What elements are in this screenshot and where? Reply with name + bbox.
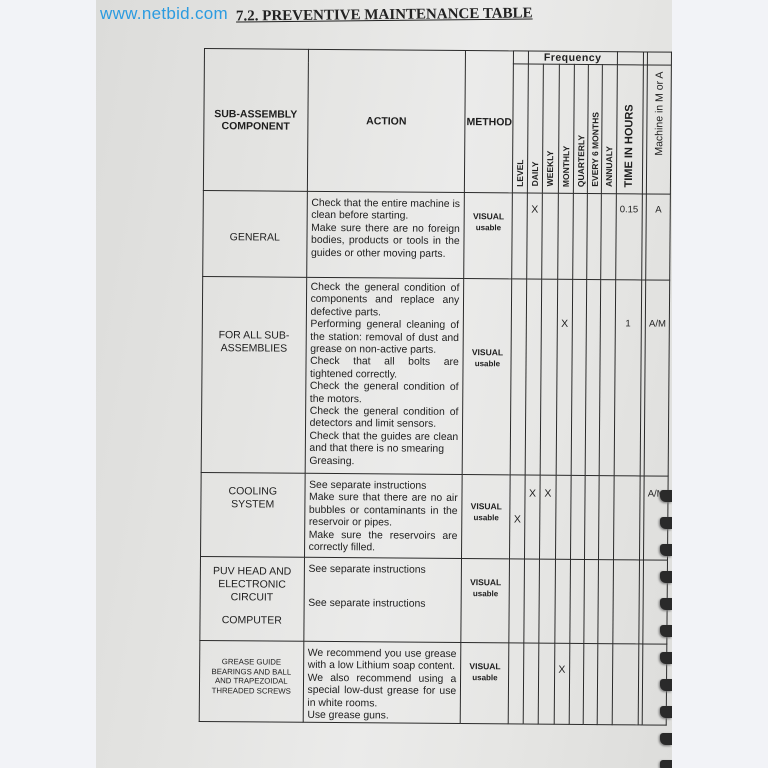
cell-freq-quarterly	[571, 279, 587, 475]
cell-machine: A	[646, 194, 670, 280]
frequency-mark	[586, 476, 599, 488]
frequency-mark: X	[541, 476, 556, 500]
cell-time	[612, 644, 639, 726]
frequency-mark	[513, 193, 526, 203]
document-photo: 7.2. PREVENTIVE MAINTENANCE TABLE SUB-AS…	[96, 0, 672, 768]
time-in-hours-value	[614, 476, 639, 488]
cell-freq-every6	[584, 560, 599, 644]
frequency-mark	[556, 476, 571, 488]
table-row: COOLING SYSTEMSee separate instructionsM…	[201, 472, 669, 560]
action-line: See separate instructions	[308, 564, 457, 578]
cell-freq-every6	[585, 280, 601, 476]
spiral-ring-icon	[660, 625, 672, 637]
method-label: VISUAL	[465, 211, 512, 222]
action-line: Performing general cleaning of the stati…	[310, 319, 459, 357]
action-line: Make sure the reservoirs are correctly f…	[309, 529, 458, 555]
cell-freq-monthly: X	[556, 279, 573, 475]
time-in-hours-value: 0.15	[616, 194, 641, 215]
cell-freq-quarterly	[571, 475, 586, 559]
cell-freq-level	[509, 559, 524, 643]
frequency-mark: X	[555, 644, 570, 676]
header-method: METHOD	[465, 51, 514, 193]
cell-freq-weekly	[539, 559, 555, 643]
component-name: GENERAL	[203, 191, 306, 245]
cell-freq-every6	[585, 476, 600, 560]
frequency-mark	[570, 644, 583, 664]
method-sublabel: usable	[463, 512, 510, 523]
watermark: www.netbid.com	[100, 4, 228, 24]
component-name-secondary: COMPUTER	[200, 604, 303, 628]
action-line: We also recommend using a special low-du…	[307, 673, 456, 711]
header-machine-top	[648, 52, 672, 65]
cell-freq-monthly	[554, 559, 570, 643]
cell-action: See separate instructionsMake sure that …	[304, 473, 462, 558]
header-machine-m-or-a: Machine in M or A	[647, 65, 672, 194]
header-monthly: MONTHLY	[558, 64, 574, 193]
cell-method: VISUALusable	[461, 559, 510, 643]
frequency-mark	[510, 643, 523, 663]
frequency-mark	[587, 280, 601, 318]
cell-freq-annualy	[601, 194, 616, 280]
component-name: FOR ALL SUB-ASSEMBLIES	[203, 277, 306, 356]
cell-action: See separate instructionsSee separate in…	[303, 557, 461, 642]
cell-freq-weekly: X	[540, 475, 556, 559]
frequency-mark	[599, 560, 612, 572]
header-every-6-months: EVERY 6 MONTHS	[588, 65, 603, 194]
cell-freq-quarterly	[569, 643, 584, 725]
frequency-mark: X	[527, 194, 542, 216]
frequency-mark: X	[525, 476, 540, 500]
frequency-mark: X	[557, 280, 572, 330]
action-line: Make sure there are no foreign bodies, p…	[311, 223, 460, 261]
frequency-mark	[573, 280, 587, 318]
cell-freq-daily	[524, 559, 540, 643]
method-label: VISUAL	[464, 347, 511, 358]
frequency-mark	[542, 280, 557, 318]
cell-method: VISUALusable	[460, 643, 509, 725]
header-action: ACTION	[307, 49, 466, 192]
frequency-mark	[601, 280, 615, 318]
action-line: Check the general condition of component…	[310, 282, 459, 320]
method-sublabel: usable	[464, 358, 511, 369]
action-line: Check that the guides are clean and that…	[309, 431, 458, 457]
cell-time: 0.15	[615, 194, 642, 280]
frequency-mark	[512, 279, 526, 317]
table-row: PUV HEAD AND ELECTRONIC CIRCUITCOMPUTERS…	[200, 556, 668, 644]
cell-freq-level: X	[510, 475, 525, 559]
action-line: We recommend you use grease with a low L…	[308, 648, 457, 674]
header-component: SUB-ASSEMBLY COMPONENT	[203, 49, 308, 192]
cell-freq-every6	[587, 194, 602, 280]
table-row: GENERALCheck that the entire machine is …	[203, 190, 671, 280]
time-in-hours-value: 1	[615, 280, 641, 329]
action-line: Check that all bolts are tightened corre…	[310, 356, 459, 382]
method-sublabel: usable	[462, 588, 509, 599]
machine-mode-value: A/M	[646, 280, 669, 329]
cell-component: PUV HEAD AND ELECTRONIC CIRCUITCOMPUTER	[200, 556, 304, 641]
cell-freq-weekly	[538, 643, 554, 725]
header-level-top	[514, 51, 528, 64]
frequency-mark	[600, 476, 613, 488]
header-level: LEVEL	[513, 64, 528, 193]
cell-freq-monthly	[557, 193, 573, 279]
header-annualy: ANNUALY	[602, 65, 617, 194]
spiral-ring-icon	[660, 679, 672, 691]
frequency-mark	[524, 644, 539, 664]
component-name: GREASE GUIDE BEARINGS AND BALL AND TRAPE…	[200, 641, 303, 696]
cell-time: 1	[614, 280, 642, 476]
spiral-ring-icon	[660, 571, 672, 583]
frequency-mark	[574, 194, 587, 204]
action-line-secondary: See separate instructions	[308, 598, 457, 612]
cell-component: GENERAL	[203, 190, 307, 277]
frequency-mark	[571, 560, 584, 572]
cell-freq-level	[511, 279, 527, 475]
cell-freq-daily: X	[526, 193, 542, 279]
cell-action: Check that the entire machine is clean b…	[306, 191, 464, 278]
frequency-mark	[527, 280, 542, 318]
action-line: Use grease guns.	[307, 710, 456, 724]
spiral-ring-icon	[660, 733, 672, 745]
frequency-mark	[510, 559, 523, 571]
spiral-ring-icon	[660, 706, 672, 718]
frequency-mark	[599, 644, 612, 664]
action-line: See separate instructions	[309, 480, 458, 494]
frequency-mark	[539, 644, 554, 664]
header-time-in-hours: TIME IN HOURS	[616, 65, 643, 194]
cell-freq-daily	[525, 279, 542, 475]
cell-freq-annualy	[598, 560, 613, 644]
spiral-ring-icon	[660, 544, 672, 556]
header-frequency: Frequency	[528, 51, 617, 65]
frequency-mark	[525, 560, 540, 572]
frequency-mark	[558, 194, 573, 204]
cell-freq-weekly	[540, 279, 557, 475]
header-weekly: WEEKLY	[543, 64, 559, 193]
cell-action: Check the general condition of component…	[305, 277, 464, 474]
frequency-mark	[584, 644, 597, 664]
cell-freq-monthly	[555, 475, 571, 559]
maintenance-table-sheet: SUB-ASSEMBLY COMPONENT ACTION METHOD Fre…	[199, 48, 672, 726]
cell-freq-level	[509, 643, 524, 725]
spiral-ring-icon	[660, 652, 672, 664]
frequency-mark	[540, 560, 555, 572]
cell-freq-annualy	[598, 644, 613, 726]
method-sublabel: usable	[461, 672, 508, 683]
cell-method: VISUALusable	[462, 475, 511, 559]
table-body: GENERALCheck that the entire machine is …	[199, 190, 670, 725]
action-line: Check the general condition of detectors…	[310, 406, 459, 432]
cell-freq-quarterly	[573, 193, 588, 279]
method-sublabel: usable	[465, 222, 512, 233]
frequency-mark	[572, 476, 585, 488]
cell-freq-weekly	[542, 193, 558, 279]
cell-machine: A/M	[644, 280, 669, 476]
cell-freq-every6	[583, 644, 598, 726]
frequency-mark	[543, 194, 558, 204]
frequency-mark: X	[511, 475, 525, 525]
frequency-mark	[588, 194, 601, 204]
spiral-ring-icon	[660, 760, 672, 768]
cell-freq-annualy	[600, 280, 616, 476]
header-quarterly: QUARTERLY	[573, 64, 588, 193]
document-title: 7.2. PREVENTIVE MAINTENANCE TABLE	[236, 5, 533, 25]
time-in-hours-value	[614, 560, 639, 572]
cell-component: FOR ALL SUB-ASSEMBLIES	[201, 276, 306, 473]
cell-method: VISUALusable	[462, 279, 512, 475]
cell-freq-daily: X	[524, 475, 540, 559]
action-line: Greasing.	[309, 456, 458, 470]
cell-time	[613, 476, 640, 560]
cell-freq-annualy	[599, 476, 614, 560]
cell-freq-quarterly	[570, 559, 585, 643]
component-name: COOLING SYSTEM	[201, 473, 304, 512]
spiral-ring-icon	[660, 598, 672, 610]
action-line: Check that the entire machine is clean b…	[311, 198, 460, 224]
table-row: FOR ALL SUB-ASSEMBLIESCheck the general …	[201, 276, 670, 476]
frequency-mark	[602, 194, 615, 204]
cell-freq-level	[512, 193, 527, 279]
header-component-label: SUB-ASSEMBLY COMPONENT	[211, 108, 301, 133]
time-in-hours-value	[613, 644, 638, 664]
cell-freq-daily	[523, 643, 539, 725]
table-row: GREASE GUIDE BEARINGS AND BALL AND TRAPE…	[199, 640, 667, 725]
header-time-top	[617, 52, 643, 65]
cell-component: GREASE GUIDE BEARINGS AND BALL AND TRAPE…	[199, 640, 303, 722]
component-name: PUV HEAD AND ELECTRONIC CIRCUIT	[201, 557, 304, 605]
action-line: Check the general condition of the motor…	[310, 381, 459, 407]
cell-action: We recommend you use grease with a low L…	[303, 641, 461, 724]
cell-time	[613, 560, 640, 644]
spiral-ring-icon	[660, 517, 672, 529]
frequency-mark	[585, 560, 598, 572]
cell-freq-monthly: X	[554, 643, 570, 725]
cell-component: COOLING SYSTEM	[201, 472, 305, 557]
machine-mode-value: A	[647, 194, 670, 215]
cell-method: VISUALusable	[464, 193, 513, 279]
frequency-mark	[556, 560, 571, 572]
header-daily: DAILY	[527, 64, 543, 193]
method-label: VISUAL	[461, 661, 508, 672]
method-label: VISUAL	[463, 501, 510, 512]
method-label: VISUAL	[462, 577, 509, 588]
spiral-ring-icon	[660, 490, 672, 502]
maintenance-table: SUB-ASSEMBLY COMPONENT ACTION METHOD Fre…	[199, 48, 672, 726]
action-line: Make sure that there are no air bubbles …	[309, 492, 458, 530]
